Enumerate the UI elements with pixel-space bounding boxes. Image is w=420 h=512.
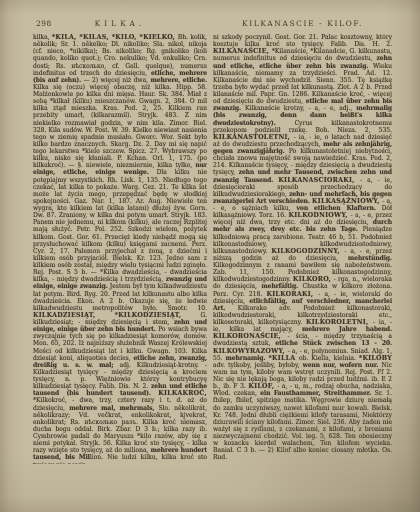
left-column-text: kilka, *KILA, *KILAŚ, *KILO, *KIELKO, Bh… — [33, 34, 207, 464]
right-column-text: ni szkody poczynił. Gost. Gor. 21. Palac… — [213, 34, 392, 464]
running-head-right: KILKANASCIE - KILOF. — [213, 19, 392, 28]
running-head-left: KILKA. — [33, 19, 207, 28]
scanned-dictionary-page: 298 KILKA. KILKANASCIE - KILOF. kilka, *… — [0, 0, 420, 512]
